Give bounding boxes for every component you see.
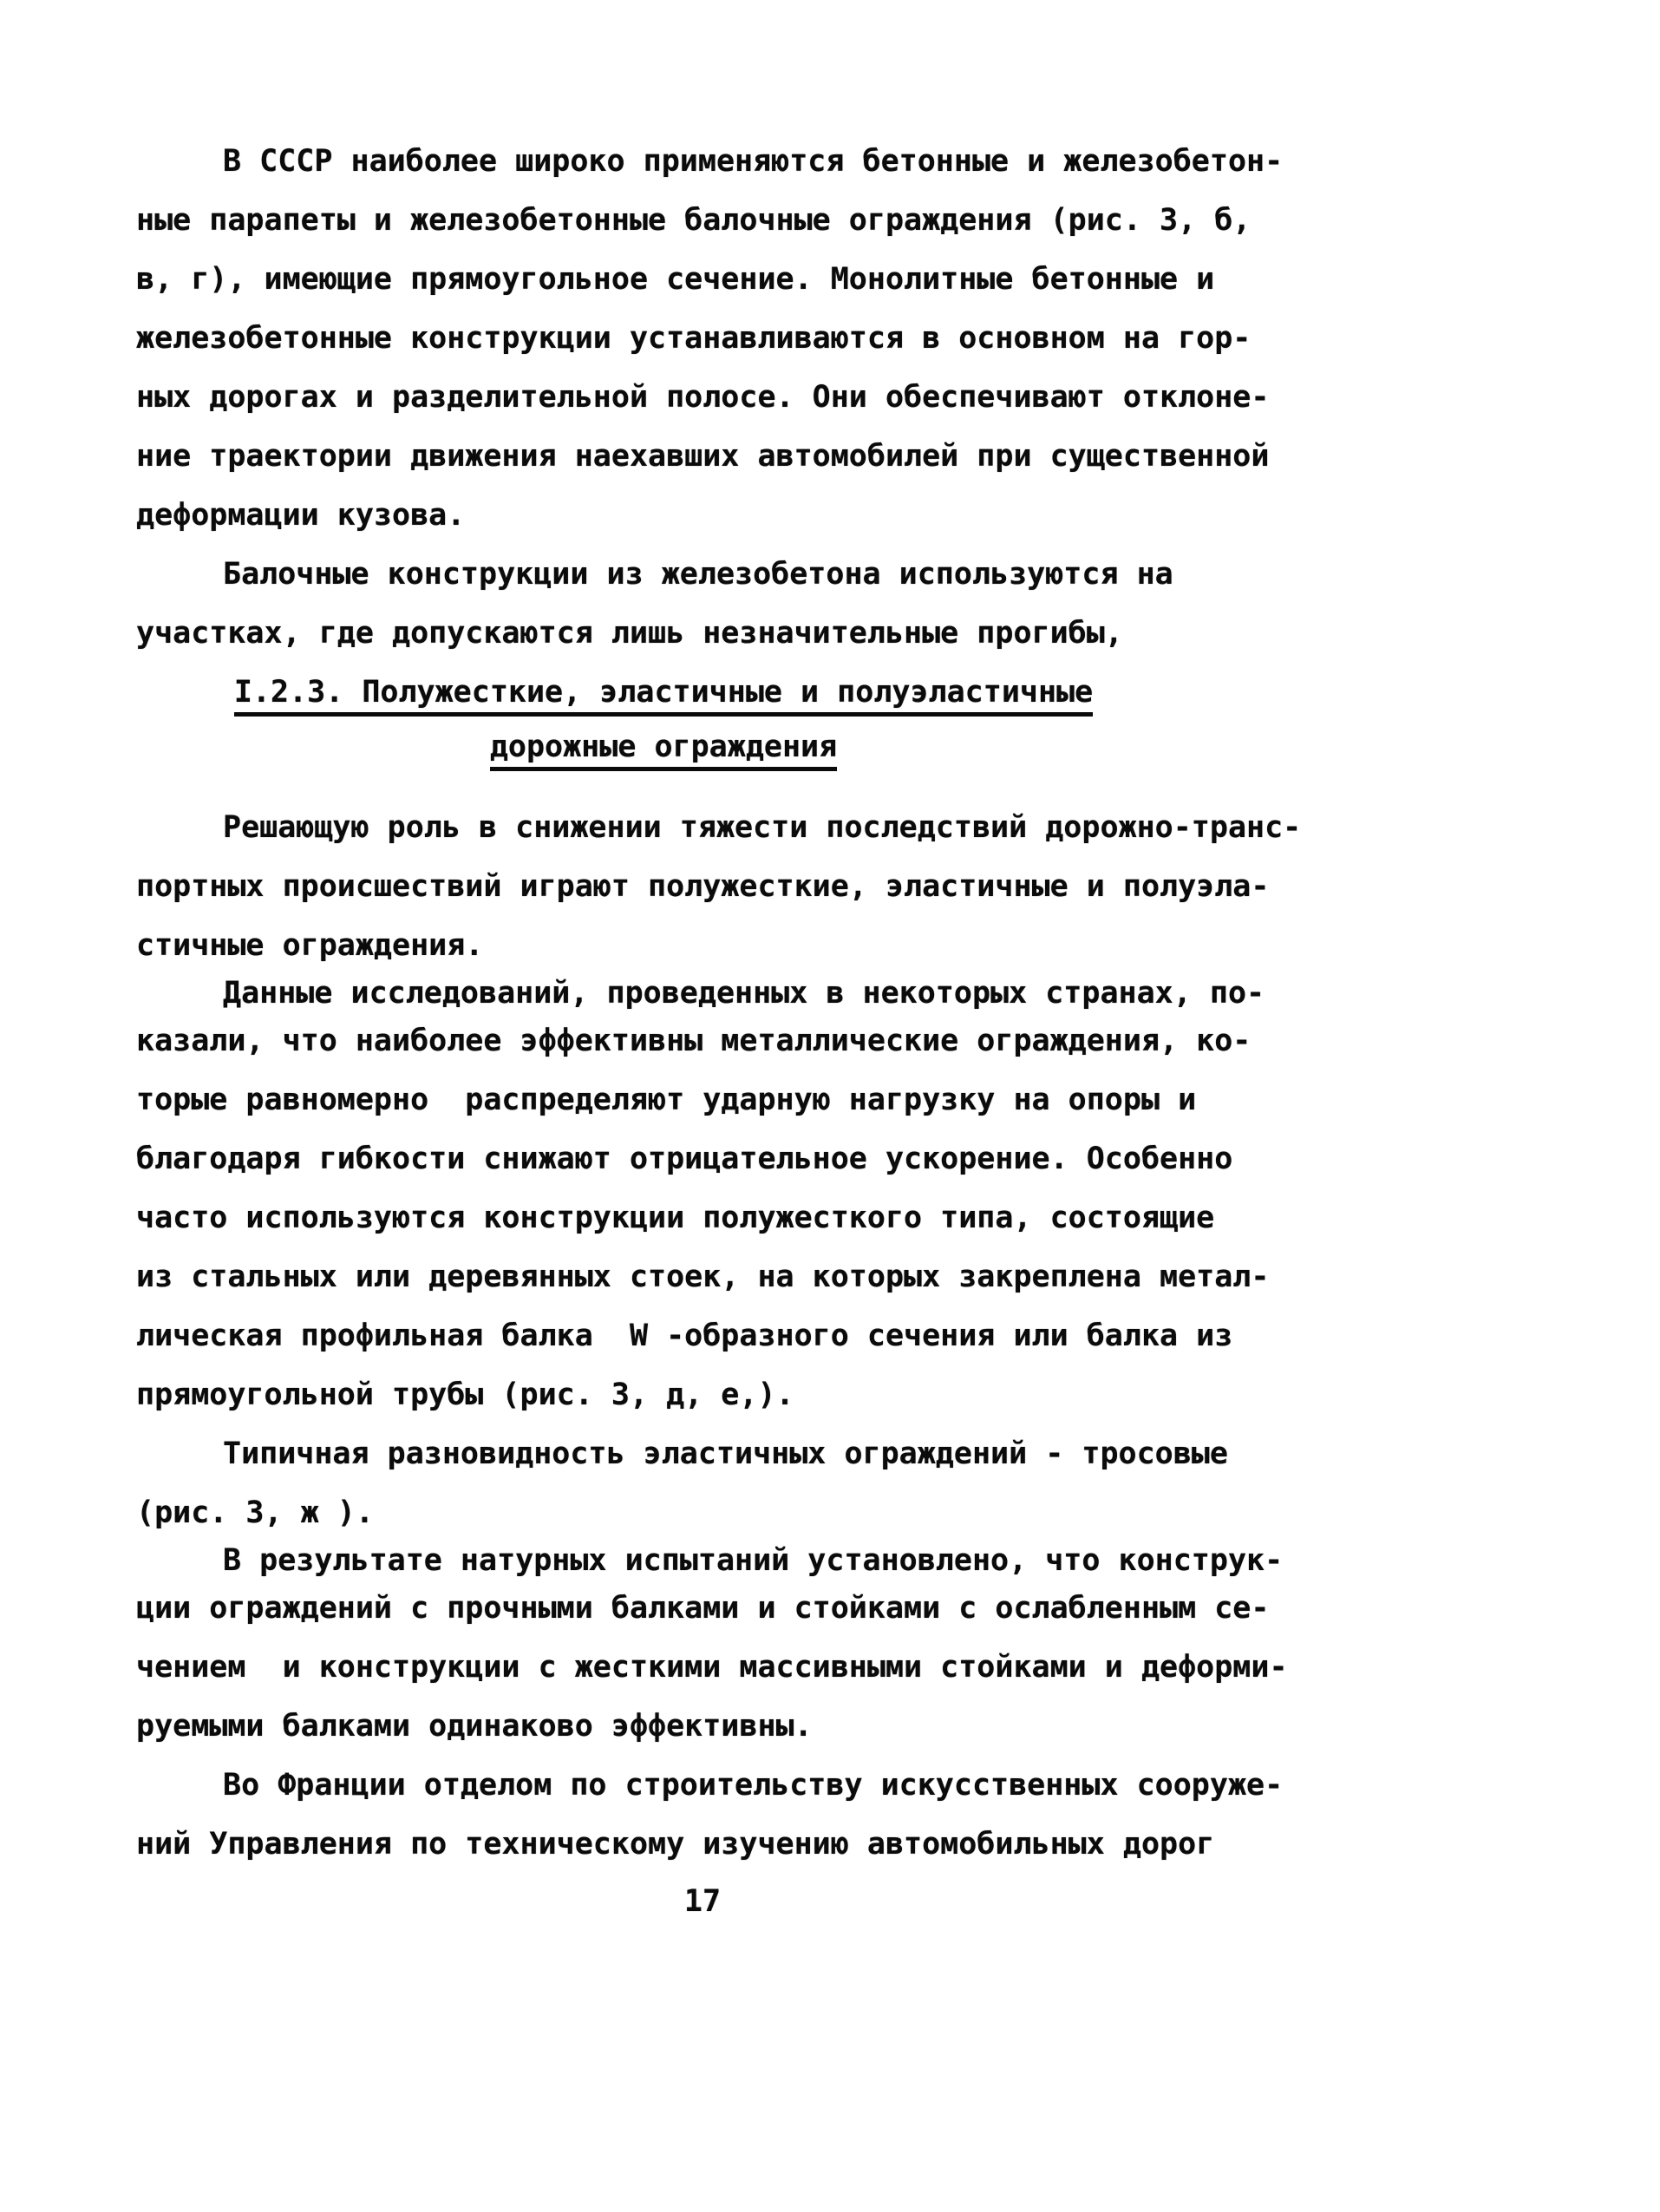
text-line: часто используются конструкции полужестк… xyxy=(136,1188,1295,1247)
text-line: казали, что наиболее эффективны металлич… xyxy=(136,1011,1295,1070)
text-line: благодаря гибкости снижают отрицательное… xyxy=(136,1129,1295,1188)
section-heading-line: дорожные ограждения xyxy=(136,722,1295,772)
text-line: (рис. 3, ж ). xyxy=(136,1483,1295,1542)
text-line: Типичная разновидность эластичных огражд… xyxy=(136,1424,1295,1483)
text-line: Балочные конструкции из железобетона исп… xyxy=(136,545,1295,604)
text-line: из стальных или деревянных стоек, на кот… xyxy=(136,1247,1295,1306)
text-line: деформации кузова. xyxy=(136,486,1295,545)
underlined-heading-text: I.2.3. Полужесткие, эластичные и полуэла… xyxy=(234,675,1093,717)
text-line: торые равномерно распределяют ударную на… xyxy=(136,1070,1295,1129)
text-line: Решающую роль в снижении тяжести последс… xyxy=(136,798,1295,857)
text-line: Данные исследований, проведенных в некот… xyxy=(136,975,1295,1011)
section-heading-line: I.2.3. Полужесткие, эластичные и полуэла… xyxy=(136,663,1295,722)
text-line: участках, где допускаются лишь незначите… xyxy=(136,604,1295,663)
text-line: чением и конструкции с жесткими массивны… xyxy=(136,1638,1295,1697)
text-block: В СССР наиболее широко применяются бетон… xyxy=(136,132,1295,1927)
text-line: портных происшествий играют полужесткие,… xyxy=(136,857,1295,916)
text-line: прямоугольной трубы (рис. 3, д, е,). xyxy=(136,1365,1295,1424)
text-line: в, г), имеющие прямоугольное сечение. Мо… xyxy=(136,250,1295,309)
text-line: В результате натурных испытаний установл… xyxy=(136,1542,1295,1579)
document-page: В СССР наиболее широко применяются бетон… xyxy=(0,0,1660,2212)
text-line: ных дорогах и разделительной полосе. Они… xyxy=(136,368,1295,427)
text-line: Во Франции отделом по строительству иску… xyxy=(136,1756,1295,1815)
text-line: железобетонные конструкции устанавливают… xyxy=(136,309,1295,368)
page-number: 17 xyxy=(136,1875,1295,1927)
text-line: ние траектории движения наехавших автомо… xyxy=(136,427,1295,486)
text-line: ции ограждений с прочными балками и стой… xyxy=(136,1579,1295,1638)
text-line: ные парапеты и железобетонные балочные о… xyxy=(136,191,1295,250)
text-line: лическая профильная балка W -образного с… xyxy=(136,1306,1295,1365)
underlined-heading-text: дорожные ограждения xyxy=(490,730,837,771)
text-line: стичные ограждения. xyxy=(136,916,1295,975)
text-line: руемыми балками одинаково эффективны. xyxy=(136,1697,1295,1756)
text-line: В СССР наиболее широко применяются бетон… xyxy=(136,132,1295,191)
text-line: ний Управления по техническому изучению … xyxy=(136,1815,1295,1874)
